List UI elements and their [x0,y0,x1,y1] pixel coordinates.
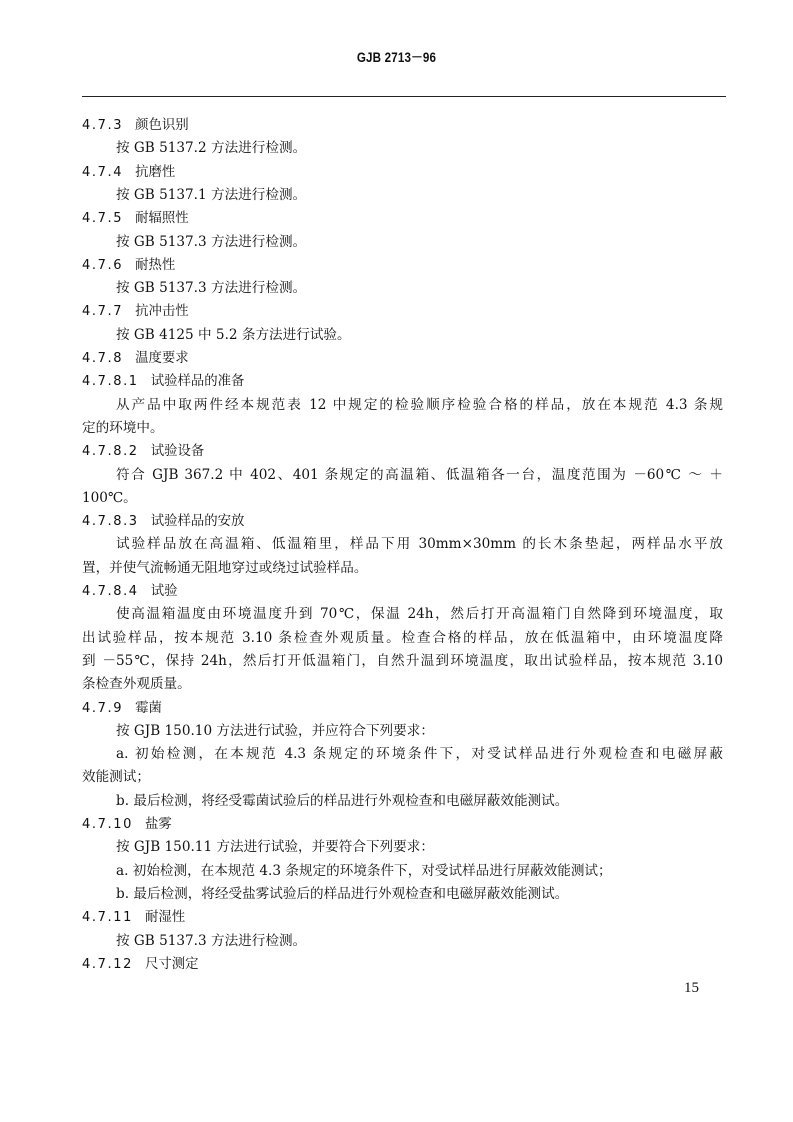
section-heading: 4.7.7抗冲击性 [82,300,723,322]
section-heading: 4.7.3颜色识别 [82,114,723,136]
document-page: GJB 2713－96 4.7.3颜色识别按 GB 5137.2 方法进行检测。… [0,0,793,1122]
section-title: 试验样品的准备 [151,374,245,389]
section-number: 4.7.7 [82,301,123,323]
paragraph-continuation: 100℃。 [82,487,723,509]
paragraph-continuation: 条检查外观质量。 [82,673,723,695]
paragraph-line: b. 最后检测，将经受盐雾试验后的样品进行外观检查和电磁屏蔽效能测试。 [116,883,723,905]
section-title: 试验样品的安放 [151,514,245,529]
section-number: 4.7.5 [82,208,123,230]
paragraph-line: a. 初始检测，在本规范 4.3 条规定的环境条件下，对受试样品进行屏蔽效能测试… [116,860,723,882]
section-heading: 4.7.4抗磨性 [82,161,723,183]
paragraph-continuation: 置，并使气流畅通无阻地穿过或绕过试验样品。 [82,557,723,579]
section-number: 4.7.6 [82,255,123,277]
section-title: 耐辐照性 [135,211,189,226]
section-title: 耐热性 [135,258,175,273]
paragraph-continuation: 到 －55℃，保持 24h，然后打开低温箱门，自然升温到环境温度，取出试验样品，… [82,650,723,672]
section-number: 4.7.8.4 [82,581,139,603]
section-title: 试验设备 [151,444,205,459]
header-rule [82,96,726,97]
paragraph-line: 按 GB 5137.2 方法进行检测。 [116,137,723,159]
section-title: 温度要求 [135,351,189,366]
section-heading: 4.7.6耐热性 [82,254,723,276]
section-number: 4.7.8.2 [82,441,139,463]
paragraph-line: 按 GB 5137.1 方法进行检测。 [116,184,723,206]
section-number: 4.7.11 [82,907,133,929]
paragraph-continuation: 出试验样品，按本规范 3.10 条检查外观质量。检查合格的样品，放在低温箱中，由… [82,627,723,649]
section-number: 4.7.12 [82,954,133,976]
paragraph-line: 使高温箱温度由环境温度升到 70℃，保温 24h，然后打开高温箱门自然降到环境温… [116,603,723,625]
section-title: 霉菌 [135,701,162,716]
paragraph-line: b. 最后检测，将经受霉菌试验后的样品进行外观检查和电磁屏蔽效能测试。 [116,790,723,812]
paragraph-continuation: 定的环境中。 [82,417,723,439]
section-heading: 4.7.8温度要求 [82,347,723,369]
section-number: 4.7.9 [82,698,123,720]
paragraph-line: 从产品中取两件经本规范表 12 中规定的检验顺序检验合格的样品，放在本规范 4.… [116,394,723,416]
section-number: 4.7.3 [82,115,123,137]
section-title: 抗磨性 [135,165,175,180]
section-heading: 4.7.8.1试验样品的准备 [82,370,723,392]
section-heading: 4.7.8.2试验设备 [82,440,723,462]
paragraph-line: 试验样品放在高温箱、低温箱里，样品下用 30mm×30mm 的长木条垫起，两样品… [116,533,723,555]
section-heading: 4.7.10盐雾 [82,813,723,835]
paragraph-continuation: 效能测试； [82,766,723,788]
paragraph-line: 按 GB 5137.3 方法进行检测。 [116,231,723,253]
paragraph-line: 按 GB 5137.3 方法进行检测。 [116,277,723,299]
section-heading: 4.7.9霉菌 [82,697,723,719]
document-header-id: GJB 2713－96 [56,46,738,66]
paragraph-line: 按 GB 5137.3 方法进行检测。 [116,930,723,952]
section-number: 4.7.8.1 [82,371,139,393]
section-heading: 4.7.5耐辐照性 [82,207,723,229]
section-heading: 4.7.8.3试验样品的安放 [82,510,723,532]
section-title: 试验 [151,584,178,599]
section-number: 4.7.4 [82,162,123,184]
paragraph-line: 符合 GJB 367.2 中 402、401 条规定的高温箱、低温箱各一台，温度… [116,464,723,486]
section-title: 颜色识别 [135,118,189,133]
section-heading: 4.7.12尺寸测定 [82,953,723,975]
section-heading: 4.7.11耐湿性 [82,906,723,928]
section-title: 抗冲击性 [135,304,189,319]
paragraph-line: 按 GJB 150.11 方法进行试验，并要符合下列要求： [116,836,723,858]
section-number: 4.7.10 [82,814,133,836]
section-title: 盐雾 [145,817,172,832]
section-title: 耐湿性 [145,910,185,925]
section-title: 尺寸测定 [145,957,199,972]
page-number: 15 [684,980,699,997]
section-heading: 4.7.8.4试验 [82,580,723,602]
section-number: 4.7.8 [82,348,123,370]
section-number: 4.7.8.3 [82,511,139,533]
paragraph-line: 按 GJB 150.10 方法进行试验，并应符合下列要求： [116,720,723,742]
paragraph-line: a. 初始检测，在本规范 4.3 条规定的环境条件下，对受试样品进行外观检查和电… [116,743,723,765]
paragraph-line: 按 GB 4125 中 5.2 条方法进行试验。 [116,324,723,346]
